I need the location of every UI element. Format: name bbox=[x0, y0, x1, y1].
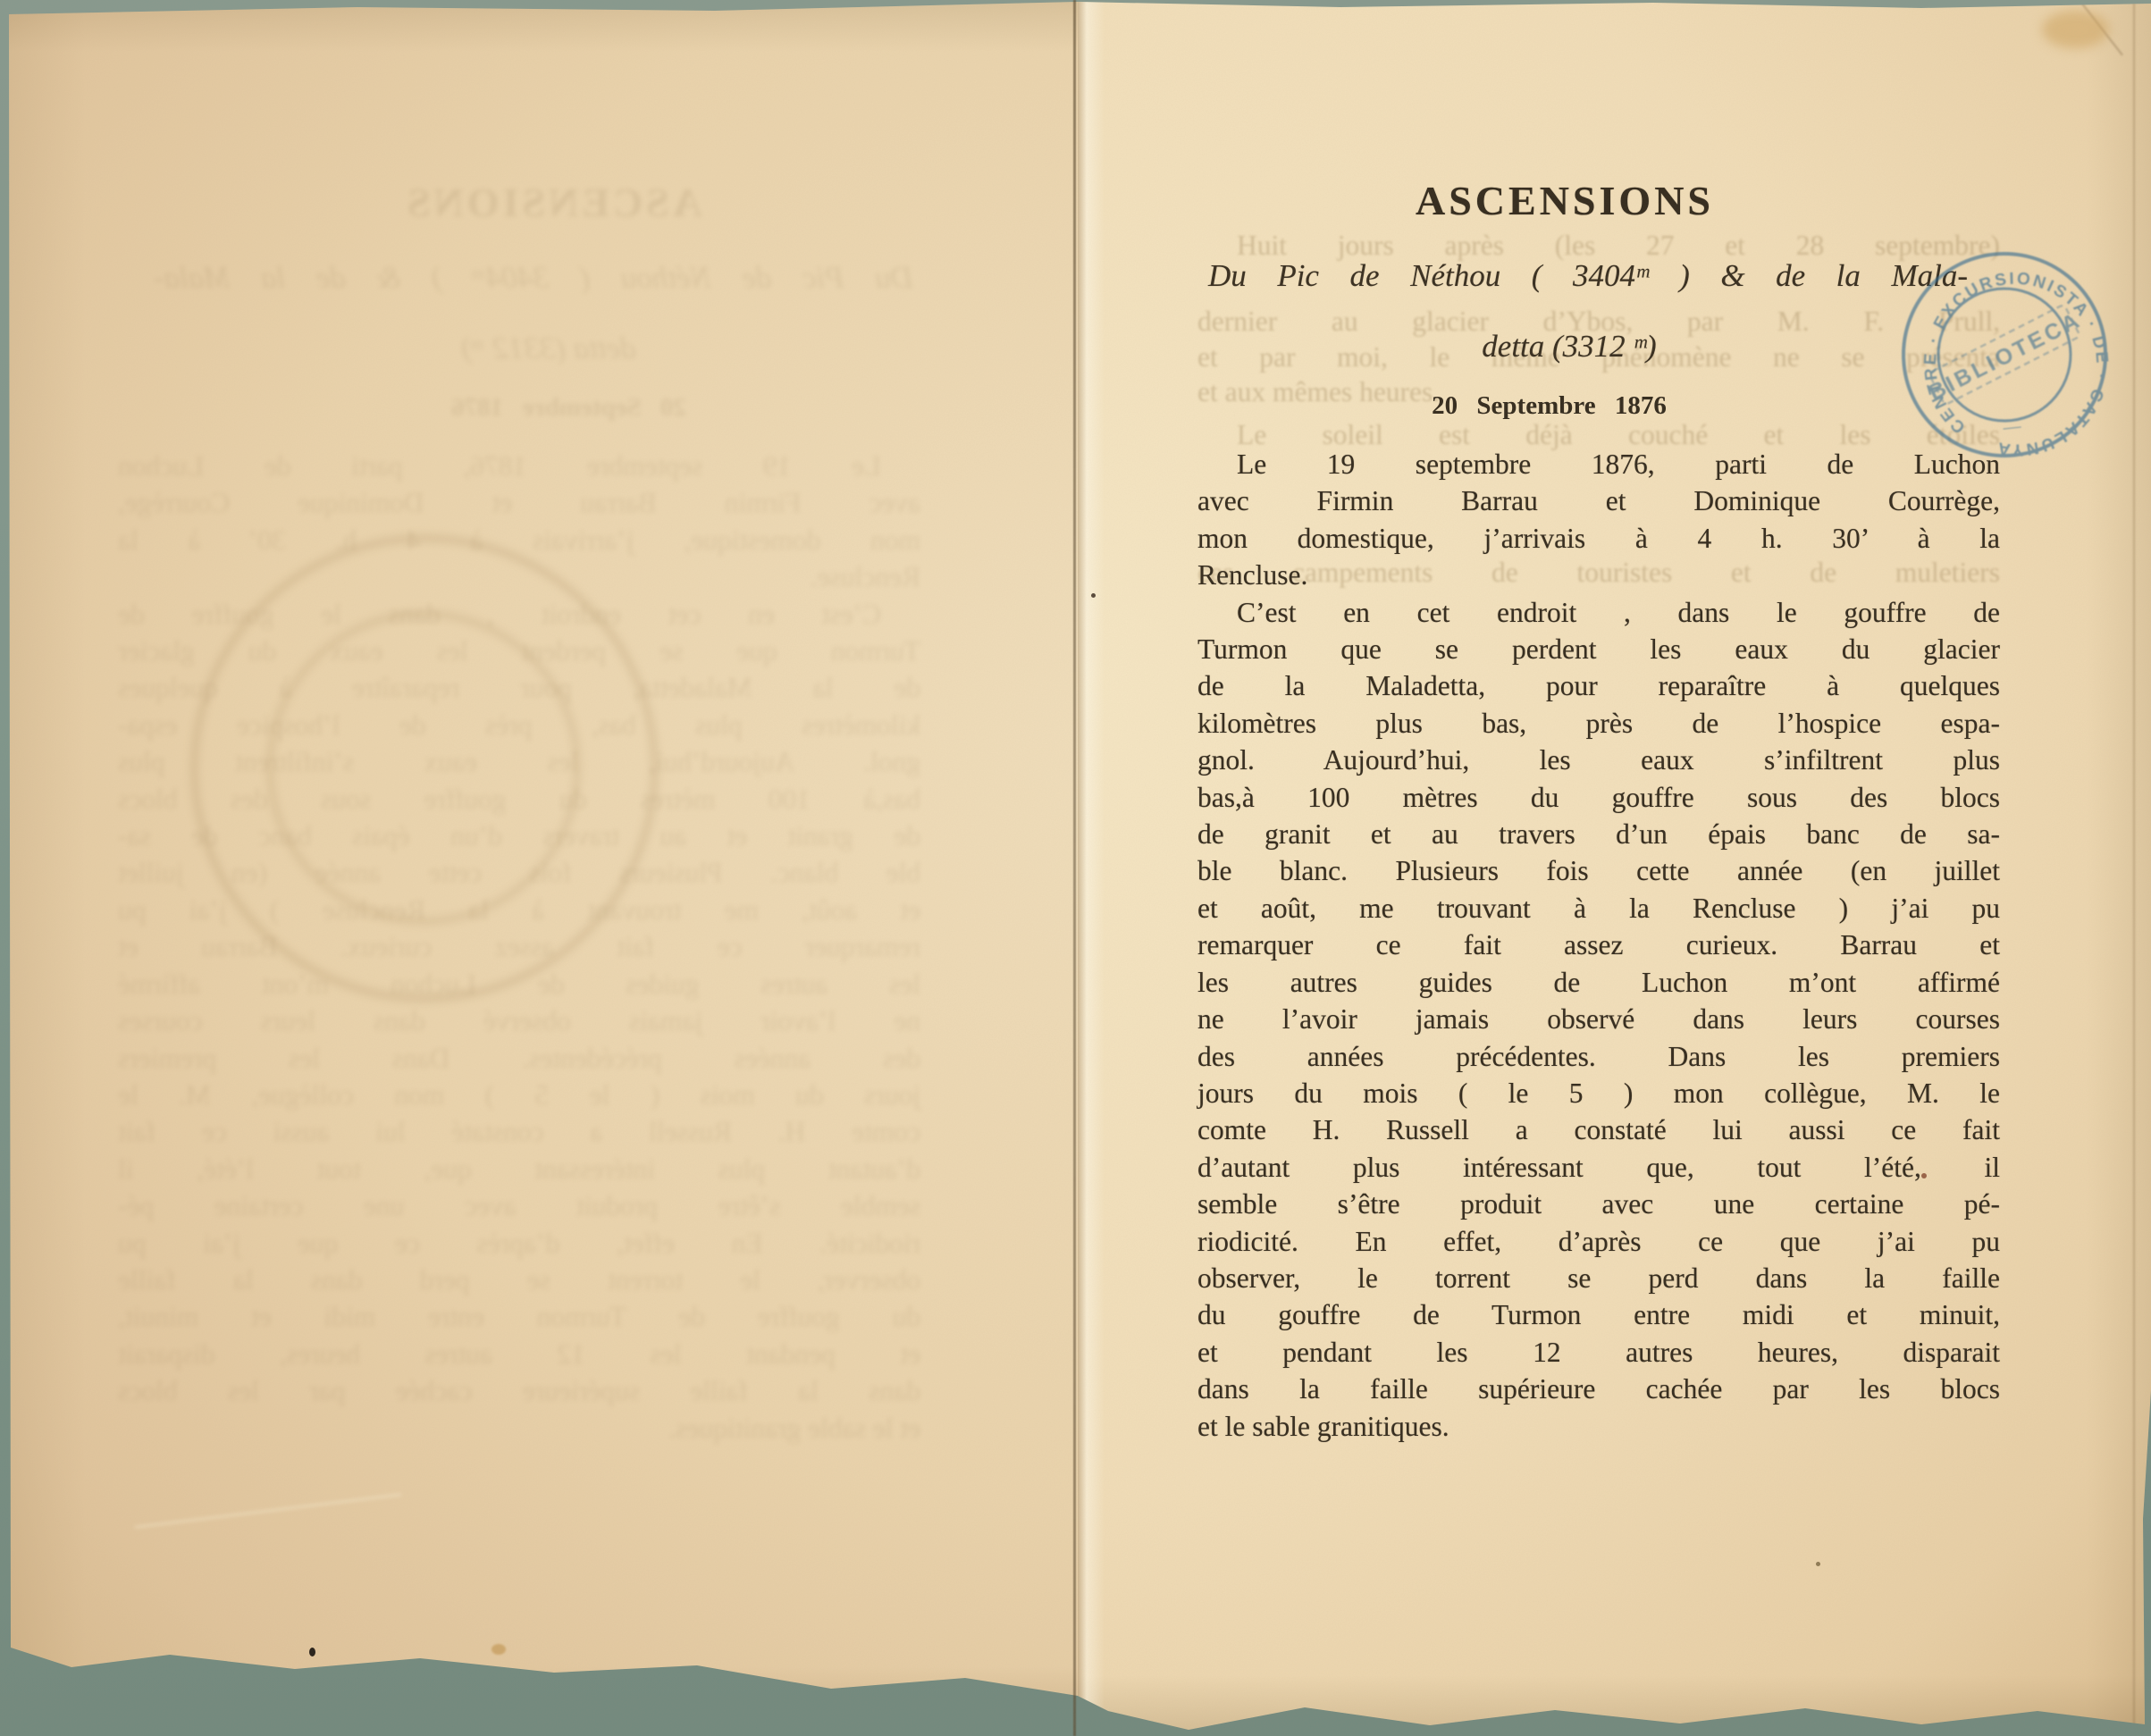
ghost-stamp-inner-ring bbox=[268, 612, 579, 923]
page-title: ASCENSIONS bbox=[1197, 177, 2004, 224]
body-line: mon domestique, j’arrivais à 4 h. 30’ à … bbox=[1197, 520, 2000, 557]
body-text: Le 19 septembre 1876, parti de Luchonave… bbox=[1197, 446, 2000, 1445]
body-line: des années précédentes. Dans les premier… bbox=[118, 1040, 920, 1077]
body-line: comte H. Russell a constaté lui aussi ce… bbox=[118, 1113, 920, 1150]
book-scan: ASCENSIONS Du Pic de Néthou ( 3404ᵐ ) & … bbox=[0, 0, 2151, 1736]
body-line: et pendant les 12 autres heures, dispara… bbox=[118, 1336, 920, 1372]
ghost-date-line: 20 Septembre 1876 bbox=[114, 393, 920, 423]
body-line: et pendant les 12 autres heures, dispara… bbox=[1197, 1334, 2000, 1371]
body-line: jours du mois ( le 5 ) mon collègue, M. … bbox=[118, 1077, 920, 1113]
paper-speck bbox=[309, 1648, 315, 1656]
body-line: et août, me trouvant à la Rencluse ) j’a… bbox=[1197, 890, 2000, 927]
body-line: de granit et au travers d’un épais banc … bbox=[1197, 816, 2000, 852]
body-line: d’autant plus intéressant que, tout l’ét… bbox=[1197, 1149, 2000, 1186]
body-line: observer, le torrent se perd dans la fai… bbox=[1197, 1260, 2000, 1296]
body-line: gnol. Aujourd’hui, les eaux s’infiltrent… bbox=[1197, 742, 2000, 778]
body-line: Le 19 septembre 1876, parti de Luchon bbox=[1197, 446, 2000, 482]
body-line: dans la faille supérieure cachée par les… bbox=[1197, 1371, 2000, 1407]
body-line: C’est en cet endroit , dans le gouffre d… bbox=[1197, 594, 2000, 631]
body-line: et le sable granitiques. bbox=[1197, 1408, 2000, 1445]
stamp-bottom-mark: — bbox=[2001, 415, 2022, 437]
body-line: avec Firmin Barrau et Dominique Courrège… bbox=[1197, 482, 2000, 519]
body-line: comte H. Russell a constaté lui aussi ce… bbox=[1197, 1111, 2000, 1148]
body-line: et le sable granitiques. bbox=[118, 1410, 920, 1447]
paper-speck bbox=[1091, 593, 1096, 598]
paper-crease bbox=[2133, 0, 2135, 1736]
body-line: de la Maladetta, pour reparaître à quelq… bbox=[1197, 667, 2000, 704]
body-line: ne l’avoir jamais observé dans leurs cou… bbox=[1197, 1001, 2000, 1037]
body-line: Turmon que se perdent les eaux du glacie… bbox=[1197, 631, 2000, 667]
body-line: ble blanc. Plusieurs fois cette année (e… bbox=[1197, 852, 2000, 889]
subtitle-line1: Du Pic de Néthou ( 3404ᵐ ) & de la Mala- bbox=[1208, 258, 1968, 294]
ghost-title: ASCENSIONS bbox=[114, 179, 920, 226]
body-line: mon domestique, j’arrivais à 4 h. 30’ à … bbox=[118, 522, 920, 558]
body-line: d’autant plus intéressant que, tout l’ét… bbox=[118, 1151, 920, 1187]
body-line: ne l’avoir jamais observé dans leurs cou… bbox=[118, 1002, 920, 1039]
body-line: semble s’être produit avec une certaine … bbox=[118, 1187, 920, 1224]
body-line: avec Firmin Barrau et Dominique Courrège… bbox=[118, 484, 920, 521]
body-line: semble s’être produit avec une certaine … bbox=[1197, 1186, 2000, 1222]
body-line: kilomètres plus bas, près de l’hospice e… bbox=[1197, 705, 2000, 742]
ghost-subtitle-line2: detta (3312 ᵐ) bbox=[114, 331, 920, 366]
body-line: du gouffre de Turmon entre midi et minui… bbox=[118, 1298, 920, 1335]
body-line: jours du mois ( le 5 ) mon collègue, M. … bbox=[1197, 1075, 2000, 1111]
body-line: remarquer ce fait assez curieux. Barrau … bbox=[1197, 927, 2000, 963]
gutter-fold bbox=[1073, 0, 1076, 1736]
body-line: observer, le torrent se perd dans la fai… bbox=[118, 1262, 920, 1298]
body-line: Rencluse. bbox=[1197, 557, 2000, 593]
library-stamp: CENTRE · EXCURSIONISTA · DE · CATALUNYA … bbox=[1882, 232, 2127, 477]
paper-stain bbox=[2042, 11, 2109, 48]
paper-speck bbox=[1816, 1562, 1820, 1566]
body-line: Le 19 septembre 1876, parti de Luchon bbox=[118, 448, 920, 484]
body-line: des années précédentes. Dans les premier… bbox=[1197, 1038, 2000, 1075]
body-line: riodicité. En effet, d’après ce que j’ai… bbox=[1197, 1223, 2000, 1260]
body-line: les autres guides de Luchon m’ont affirm… bbox=[1197, 964, 2000, 1001]
ghost-subtitle-line1: Du Pic de Néthou ( 3404ᵐ ) & de la Mala- bbox=[154, 260, 913, 296]
body-line: riodicité. En effet, d’après ce que j’ai… bbox=[118, 1225, 920, 1262]
body-line: du gouffre de Turmon entre midi et minui… bbox=[1197, 1296, 2000, 1333]
body-line: bas,à 100 mètres du gouffre sous des blo… bbox=[1197, 779, 2000, 816]
paper-speck bbox=[492, 1644, 506, 1655]
body-line: dans la faille supérieure cachée par les… bbox=[118, 1372, 920, 1409]
paper-speck bbox=[1921, 1173, 1927, 1178]
